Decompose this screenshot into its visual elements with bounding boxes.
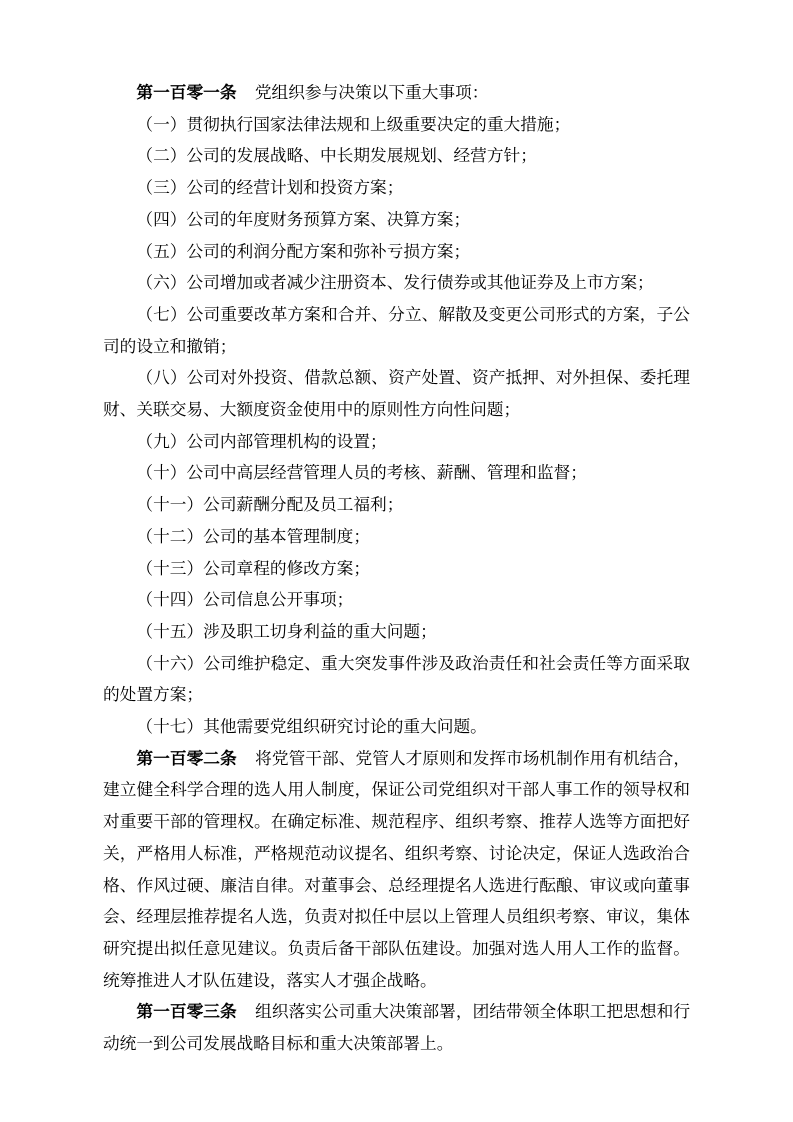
paragraph: 第一百零三条组织落实公司重大决策部署，团结带领全体职工把思想和行动统一到公司发展… <box>103 996 690 1059</box>
paragraph-text: （一）贯彻执行国家法律法规和上级重要决定的重大措施； <box>136 115 570 134</box>
paragraph: （十三）公司章程的修改方案； <box>103 553 690 585</box>
paragraph-text: （十六）公司维护稳定、重大突发事件涉及政治责任和社会责任等方面采取的处置方案； <box>103 654 690 705</box>
paragraph: （十）公司中高层经营管理人员的考核、薪酬、管理和监督； <box>103 457 690 489</box>
paragraph-text: （十三）公司章程的修改方案； <box>136 559 370 578</box>
paragraph: （二）公司的发展战略、中长期发展规划、经营方针； <box>103 140 690 172</box>
paragraph-text: （五）公司的利润分配方案和弥补亏损方案； <box>136 242 470 261</box>
article-number: 第一百零三条 <box>136 1002 236 1021</box>
paragraph-text: （十五）涉及职工切身利益的重大问题； <box>136 622 436 641</box>
paragraph-text: （二）公司的发展战略、中长期发展规划、经营方针； <box>136 146 537 165</box>
article-number: 第一百零二条 <box>136 749 236 768</box>
paragraph-text: （十）公司中高层经营管理人员的考核、薪酬、管理和监督； <box>136 463 587 482</box>
paragraph-text: （三）公司的经营计划和投资方案； <box>136 178 403 197</box>
paragraph-text: （十一）公司薪酬分配及员工福利； <box>136 495 403 514</box>
paragraph: （四）公司的年度财务预算方案、决算方案； <box>103 204 690 236</box>
paragraph-text: 党组织参与决策以下重大事项： <box>255 83 489 102</box>
paragraph: （十四）公司信息公开事项； <box>103 584 690 616</box>
document-body: 第一百零一条党组织参与决策以下重大事项：（一）贯彻执行国家法律法规和上级重要决定… <box>103 77 690 1060</box>
paragraph-text: （六）公司增加或者减少注册资本、发行债券或其他证券及上市方案； <box>136 273 653 292</box>
paragraph: （十一）公司薪酬分配及员工福利； <box>103 489 690 521</box>
paragraph: （三）公司的经营计划和投资方案； <box>103 172 690 204</box>
paragraph: 第一百零二条将党管干部、党管人才原则和发挥市场机制作用有机结合，建立健全科学合理… <box>103 743 690 997</box>
paragraph: （十七）其他需要党组织研究讨论的重大问题。 <box>103 711 690 743</box>
paragraph: （七）公司重要改革方案和合并、分立、解散及变更公司形式的方案，子公司的设立和撤销… <box>103 299 690 362</box>
paragraph: （九）公司内部管理机构的设置； <box>103 426 690 458</box>
paragraph: （十六）公司维护稳定、重大突发事件涉及政治责任和社会责任等方面采取的处置方案； <box>103 648 690 711</box>
paragraph: （五）公司的利润分配方案和弥补亏损方案； <box>103 236 690 268</box>
paragraph-text: 将党管干部、党管人才原则和发挥市场机制作用有机结合，建立健全科学合理的选人用人制… <box>103 749 690 990</box>
paragraph-text: （十七）其他需要党组织研究讨论的重大问题。 <box>136 717 486 736</box>
paragraph: （六）公司增加或者减少注册资本、发行债券或其他证券及上市方案； <box>103 267 690 299</box>
paragraph: （十五）涉及职工切身利益的重大问题； <box>103 616 690 648</box>
paragraph: （十二）公司的基本管理制度； <box>103 521 690 553</box>
paragraph-text: （八）公司对外投资、借款总额、资产处置、资产抵押、对外担保、委托理财、关联交易、… <box>103 368 690 419</box>
paragraph-text: （四）公司的年度财务预算方案、决算方案； <box>136 210 470 229</box>
paragraph: 第一百零一条党组织参与决策以下重大事项： <box>103 77 690 109</box>
paragraph: （八）公司对外投资、借款总额、资产处置、资产抵押、对外担保、委托理财、关联交易、… <box>103 362 690 425</box>
paragraph-text: （十二）公司的基本管理制度； <box>136 527 370 546</box>
document-page: 第一百零一条党组织参与决策以下重大事项：（一）贯彻执行国家法律法规和上级重要决定… <box>0 0 793 1122</box>
paragraph-text: （九）公司内部管理机构的设置； <box>136 432 386 451</box>
article-number: 第一百零一条 <box>136 83 236 102</box>
paragraph-text: （十四）公司信息公开事项； <box>136 590 353 609</box>
paragraph-text: （七）公司重要改革方案和合并、分立、解散及变更公司形式的方案，子公司的设立和撤销… <box>103 305 690 356</box>
paragraph: （一）贯彻执行国家法律法规和上级重要决定的重大措施； <box>103 109 690 141</box>
